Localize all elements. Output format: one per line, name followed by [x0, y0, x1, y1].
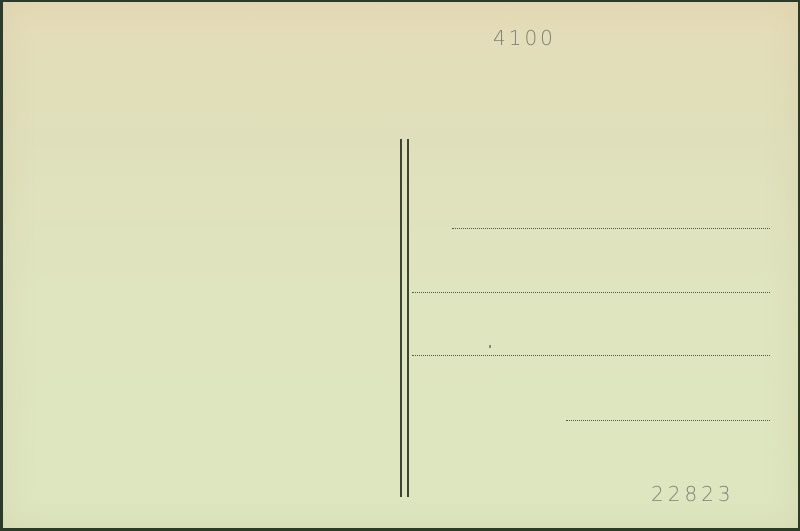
divider-line-left: [400, 139, 402, 497]
address-line-4: [566, 420, 770, 421]
address-line-1: [452, 228, 770, 229]
address-line-3: [412, 355, 770, 356]
postcard-back: 4100 22823: [3, 2, 798, 528]
handwritten-number-bottom: 22823: [651, 482, 735, 506]
paper-speck: [489, 345, 491, 348]
address-line-2: [412, 292, 770, 293]
handwritten-number-top: 4100: [493, 26, 556, 50]
divider-line-right: [407, 139, 409, 497]
